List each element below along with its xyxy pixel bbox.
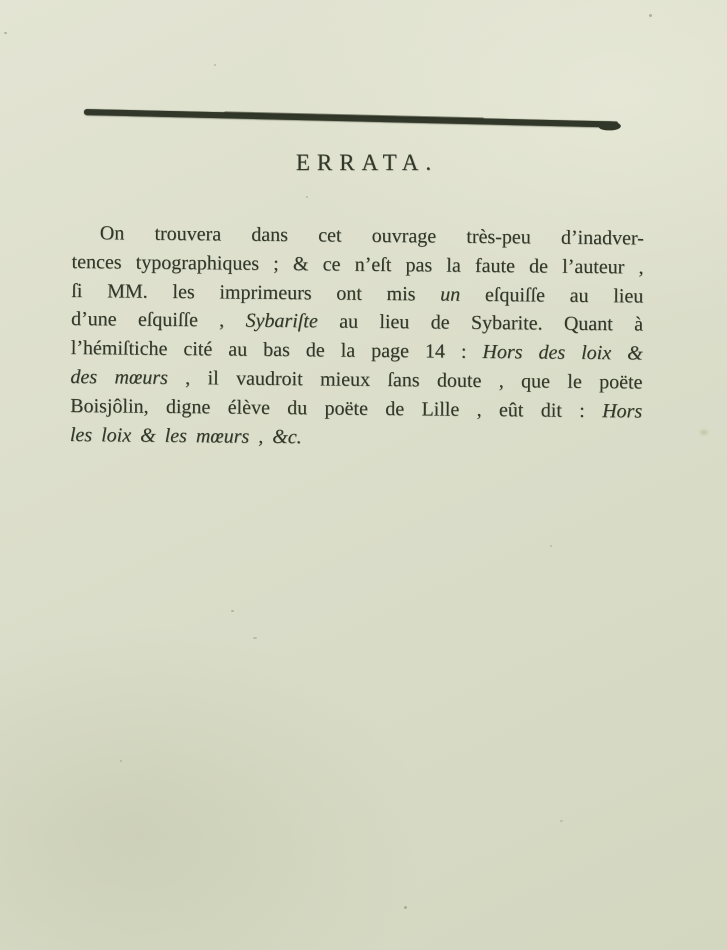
paper-speck [306,196,308,198]
errata-heading: ERRATA. [0,150,727,176]
italic-text-segment: Hors des loix & [482,341,642,365]
text-segment: tences typographiques ; & ce n’eſt pas l… [71,251,643,278]
text-segment: On trouvera dans cet ouvrage très-peu d’… [100,222,644,249]
decorative-rule [84,109,618,128]
text-segment: l’hémiſtiche cité au bas de la page 14 : [71,337,483,363]
book-page-scan: ERRATA. On trouvera dans cet ouvrage trè… [0,0,727,950]
italic-text-segment: les loix & les mœurs , &c. [70,424,302,448]
text-segment: eſquiſſe au lieu [460,283,643,307]
paper-speck [231,610,234,612]
italic-text-segment: Hors [602,400,642,422]
italic-text-segment: un [440,283,460,305]
paper-speck [649,14,652,17]
text-segment: d’une eſquiſſe , [71,308,246,332]
text-segment: au lieu de Sybarite. Quant à [318,311,643,336]
paper-speck [253,637,257,639]
paper-speck [4,32,7,34]
paper-speck [560,820,563,822]
italic-text-segment: des mœurs [70,366,168,389]
paper-speck [700,430,708,435]
errata-paragraph: On trouvera dans cet ouvrage très-peu d’… [70,219,644,455]
paper-speck [404,906,407,909]
text-segment: Boisjôlin, digne élève du poëte de Lille… [70,395,602,422]
paper-speck [120,760,122,762]
paper-speck [214,64,216,66]
italic-text-segment: Sybariſte [245,310,317,333]
paper-speck [550,545,552,547]
text-segment: ſi MM. les imprimeurs ont mis [71,280,440,306]
text-segment: , il vaudroit mieux ſans doute , que le … [168,367,643,394]
paragraph-line: les loix & les mœurs , &c. [70,421,642,455]
